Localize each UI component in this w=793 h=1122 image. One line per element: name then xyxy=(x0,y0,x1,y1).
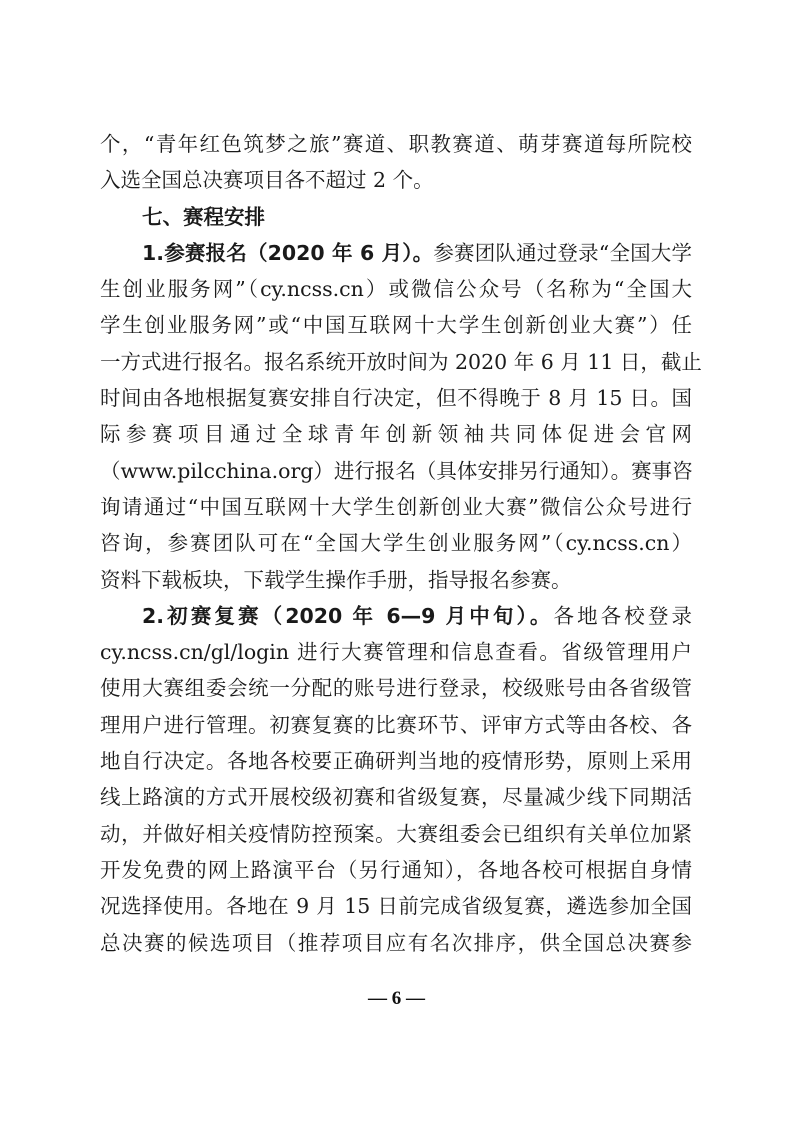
paragraph-line: cy.ncss.cn/gl/login 进行大赛管理和信息查看。省级管理用户 xyxy=(100,634,692,670)
paragraph-line: 学生创业服务网”或“中国互联网十大学生创新创业大赛”）任 xyxy=(100,307,692,343)
paragraph-line: 动，并做好相关疫情防控预案。大赛组委会已组织有关单位加紧 xyxy=(100,816,692,852)
page-number: — 6 — xyxy=(0,988,793,1010)
paragraph-line: 地自行决定。各地各校要正确研判当地的疫情形势，原则上采用 xyxy=(100,743,692,779)
paragraph-line: 询请通过“中国互联网十大学生创新创业大赛”微信公众号进行 xyxy=(100,489,692,525)
item2-lead: 2.初赛复赛（2020 年 6—9 月中旬）。 xyxy=(142,604,553,628)
paragraph-line: 咨询，参赛团队可在“全国大学生创业服务网”（cy.ncss.cn） xyxy=(100,525,692,561)
document-body: 个，“青年红色筑梦之旅”赛道、职教赛道、萌芽赛道每所院校 入选全国总决赛项目各不… xyxy=(100,126,692,961)
item1-text: 参赛团队通过登录“全国大学 xyxy=(433,241,692,265)
paragraph-line: 资料下载板块，下载学生操作手册，指导报名参赛。 xyxy=(100,562,692,598)
paragraph-line: 开发免费的网上路演平台（另行通知），各地各校可根据自身情 xyxy=(100,852,692,888)
item2-first-line: 2.初赛复赛（2020 年 6—9 月中旬）。各地各校登录 xyxy=(100,598,692,634)
item2-text: 各地各校登录 xyxy=(553,604,692,628)
paragraph-line: 线上路演的方式开展校级初赛和省级复赛，尽量减少线下同期活 xyxy=(100,779,692,815)
item1-first-line: 1.参赛报名（2020 年 6 月）。参赛团队通过登录“全国大学 xyxy=(100,235,692,271)
paragraph-line: 生创业服务网”（cy.ncss.cn）或微信公众号（名称为“全国大 xyxy=(100,271,692,307)
paragraph-line: 个，“青年红色筑梦之旅”赛道、职教赛道、萌芽赛道每所院校 xyxy=(100,126,692,162)
paragraph-line: 入选全国总决赛项目各不超过 2 个。 xyxy=(100,162,692,198)
paragraph-line: 使用大赛组委会统一分配的账号进行登录，校级账号由各省级管 xyxy=(100,670,692,706)
paragraph-line: 一方式进行报名。报名系统开放时间为 2020 年 6 月 11 日，截止 xyxy=(100,344,692,380)
paragraph-line: 总决赛的候选项目（推荐项目应有名次排序，供全国总决赛参 xyxy=(100,925,692,961)
section-heading: 七、赛程安排 xyxy=(100,199,692,235)
paragraph-line: 况选择使用。各地在 9 月 15 日前完成省级复赛，遴选参加全国 xyxy=(100,888,692,924)
item1-lead: 1.参赛报名（2020 年 6 月）。 xyxy=(142,241,433,265)
paragraph-line: （www.pilcchina.org）进行报名（具体安排另行通知）。赛事咨 xyxy=(100,453,692,489)
paragraph-line: 际参赛项目通过全球青年创新领袖共同体促进会官网 xyxy=(100,416,692,452)
paragraph-line: 时间由各地根据复赛安排自行决定，但不得晚于 8 月 15 日。国 xyxy=(100,380,692,416)
paragraph-line: 理用户进行管理。初赛复赛的比赛环节、评审方式等由各校、各 xyxy=(100,707,692,743)
